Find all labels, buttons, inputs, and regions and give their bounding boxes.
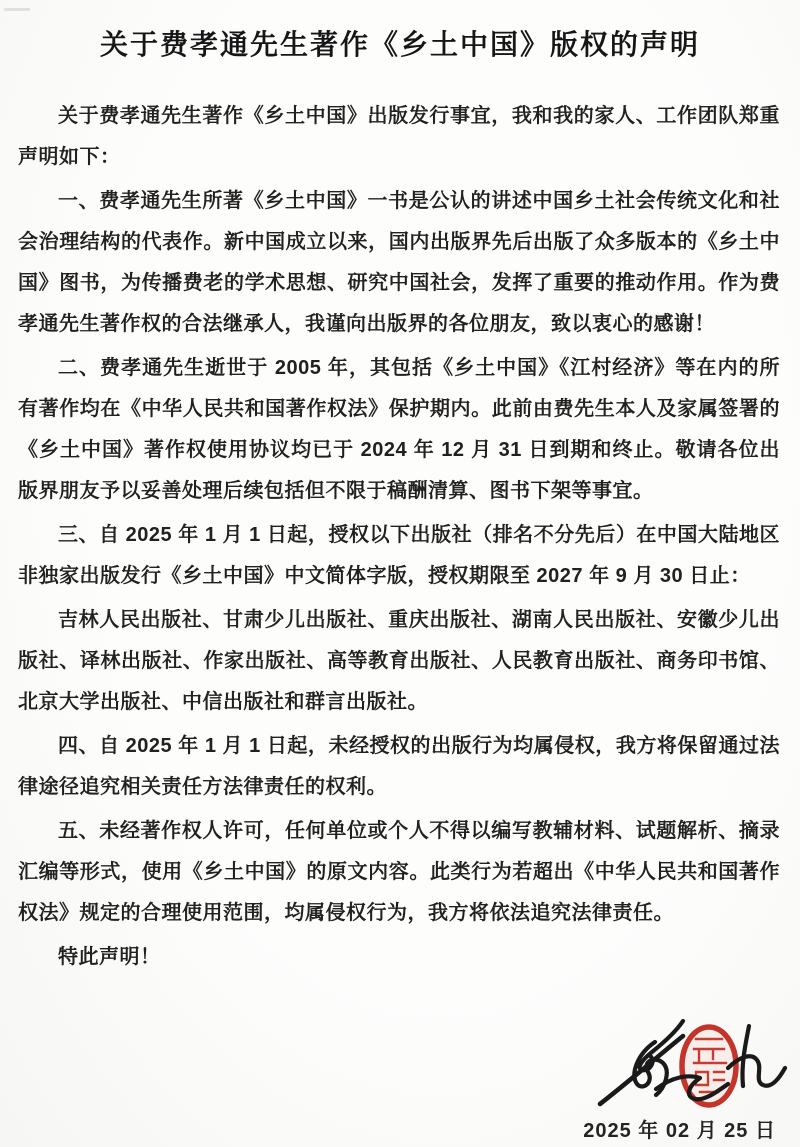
document-title: 关于费孝通先生著作《乡土中国》版权的声明 bbox=[0, 0, 800, 64]
paragraph-publishers: 吉林人民出版社、甘肃少儿出版社、重庆出版社、湖南人民出版社、安徽少儿出版社、译林… bbox=[18, 600, 780, 723]
paragraph-item-3: 三、自 2025 年 1 月 1 日起，授权以下出版社（排名不分先后）在中国大陆… bbox=[18, 515, 780, 597]
paragraph-item-5: 五、未经著作权人许可，任何单位或个人不得以编写教辅材料、试题解析、摘录汇编等形式… bbox=[18, 811, 780, 934]
paragraph-intro: 关于费孝通先生著作《乡土中国》出版发行事宜，我和我的家人、工作团队郑重声明如下： bbox=[18, 96, 780, 178]
paragraph-item-1: 一、费孝通先生所著《乡土中国》一书是公认的讲述中国乡土社会传统文化和社会治理结构… bbox=[18, 181, 780, 345]
paragraph-item-2: 二、费孝通先生逝世于 2005 年，其包括《乡土中国》《江村经济》等在内的所有著… bbox=[18, 348, 780, 512]
scan-artifact bbox=[4, 8, 30, 11]
signature-date: 2025 年 02 月 25 日 bbox=[522, 1118, 782, 1144]
document-body: 关于费孝通先生著作《乡土中国》出版发行事宜，我和我的家人、工作团队郑重声明如下：… bbox=[18, 96, 780, 978]
document-page: 关于费孝通先生著作《乡土中国》版权的声明 关于费孝通先生著作《乡土中国》出版发行… bbox=[0, 0, 800, 1147]
handwritten-signature bbox=[536, 1000, 788, 1118]
signature-block: 2025 年 02 月 25 日 bbox=[522, 1000, 782, 1144]
paragraph-item-4: 四、自 2025 年 1 月 1 日起，未经授权的出版行为均属侵权，我方将保留通… bbox=[18, 726, 780, 808]
paragraph-closing: 特此声明！ bbox=[18, 937, 780, 978]
